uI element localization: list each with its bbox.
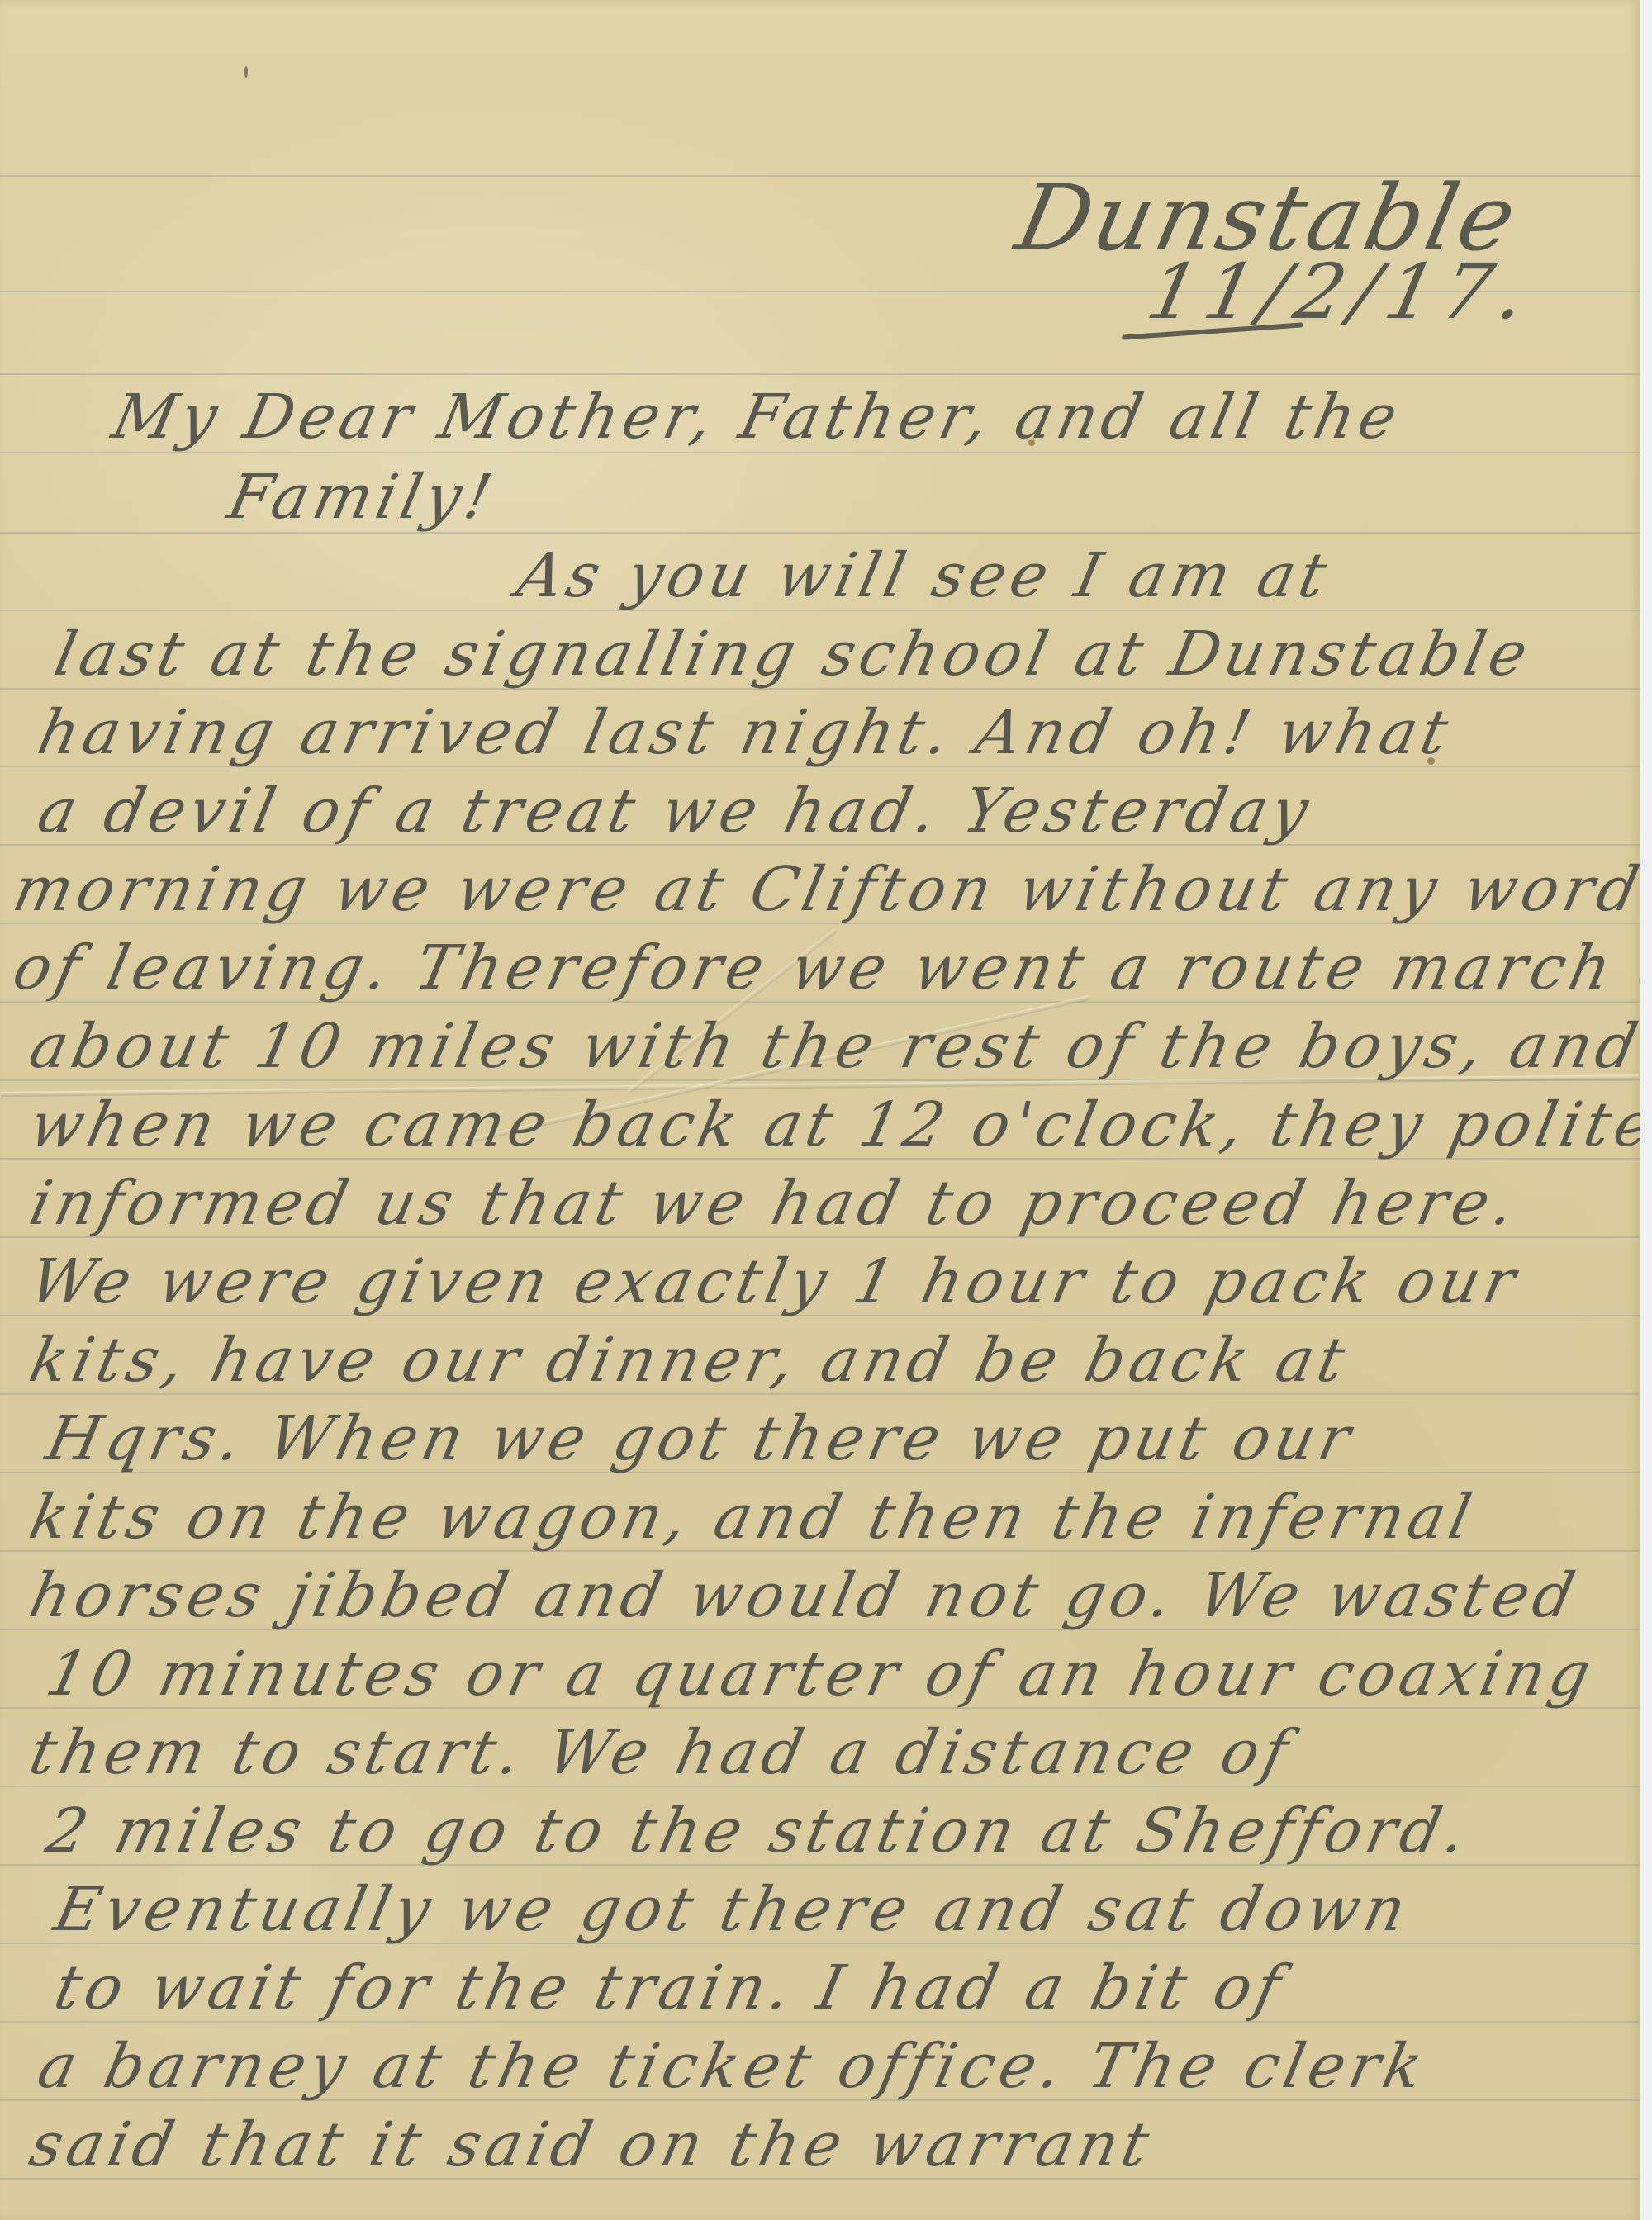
body-line: kits, have our dinner, and be back at [25, 1330, 1355, 1391]
salutation-line-2: Family! [223, 467, 501, 528]
body-line: kits on the wagon, and then the infernal [25, 1487, 1481, 1548]
scan-edge [1640, 0, 1652, 2220]
body-line: said that it said on the warrant [25, 2114, 1159, 2175]
letter-page: Dunstable 11/2/17. My Dear Mother, Fathe… [0, 0, 1640, 2220]
body-line: Eventually we got there and sat down [50, 1879, 1416, 1940]
body-line: informed us that we had to proceed here. [25, 1173, 1525, 1234]
body-line: having arrived last night. And oh! what [33, 702, 1458, 763]
body-line: a devil of a treat we had. Yesterday [33, 780, 1318, 842]
body-line: 2 miles to go to the station at Shefford… [41, 1800, 1476, 1862]
body-line: Hqrs. When we got there we put our [41, 1408, 1360, 1469]
body-line: morning we were at Clifton without any w… [8, 859, 1649, 920]
body-line: to wait for the train. I had a bit of [50, 1957, 1290, 2018]
body-line: them to start. We had a distance of [25, 1722, 1298, 1783]
body-line: We were given exactly 1 hour to pack our [25, 1251, 1526, 1312]
body-line: when we came back at 12 o'clock, they po… [25, 1094, 1652, 1155]
ruled-line [0, 373, 1640, 375]
body-line: last at the signalling school at Dunstab… [50, 624, 1537, 685]
body-line: 10 minutes or a quarter of an hour coaxi… [41, 1644, 1601, 1705]
letter-date: 11/2/17. [1140, 248, 1542, 336]
body-line: As you will see I am at [512, 545, 1336, 606]
body-line: horses jibbed and would not go. We waste… [25, 1565, 1584, 1626]
body-line: a barney at the ticket office. The clerk [33, 2036, 1433, 2097]
body-line: about 10 miles with the rest of the boys… [25, 1016, 1647, 1077]
body-line: of leaving. Therefore we went a route ma… [8, 937, 1652, 999]
ink-spot [244, 66, 248, 78]
salutation-line-1: My Dear Mother, Father, and all the [107, 387, 1408, 448]
